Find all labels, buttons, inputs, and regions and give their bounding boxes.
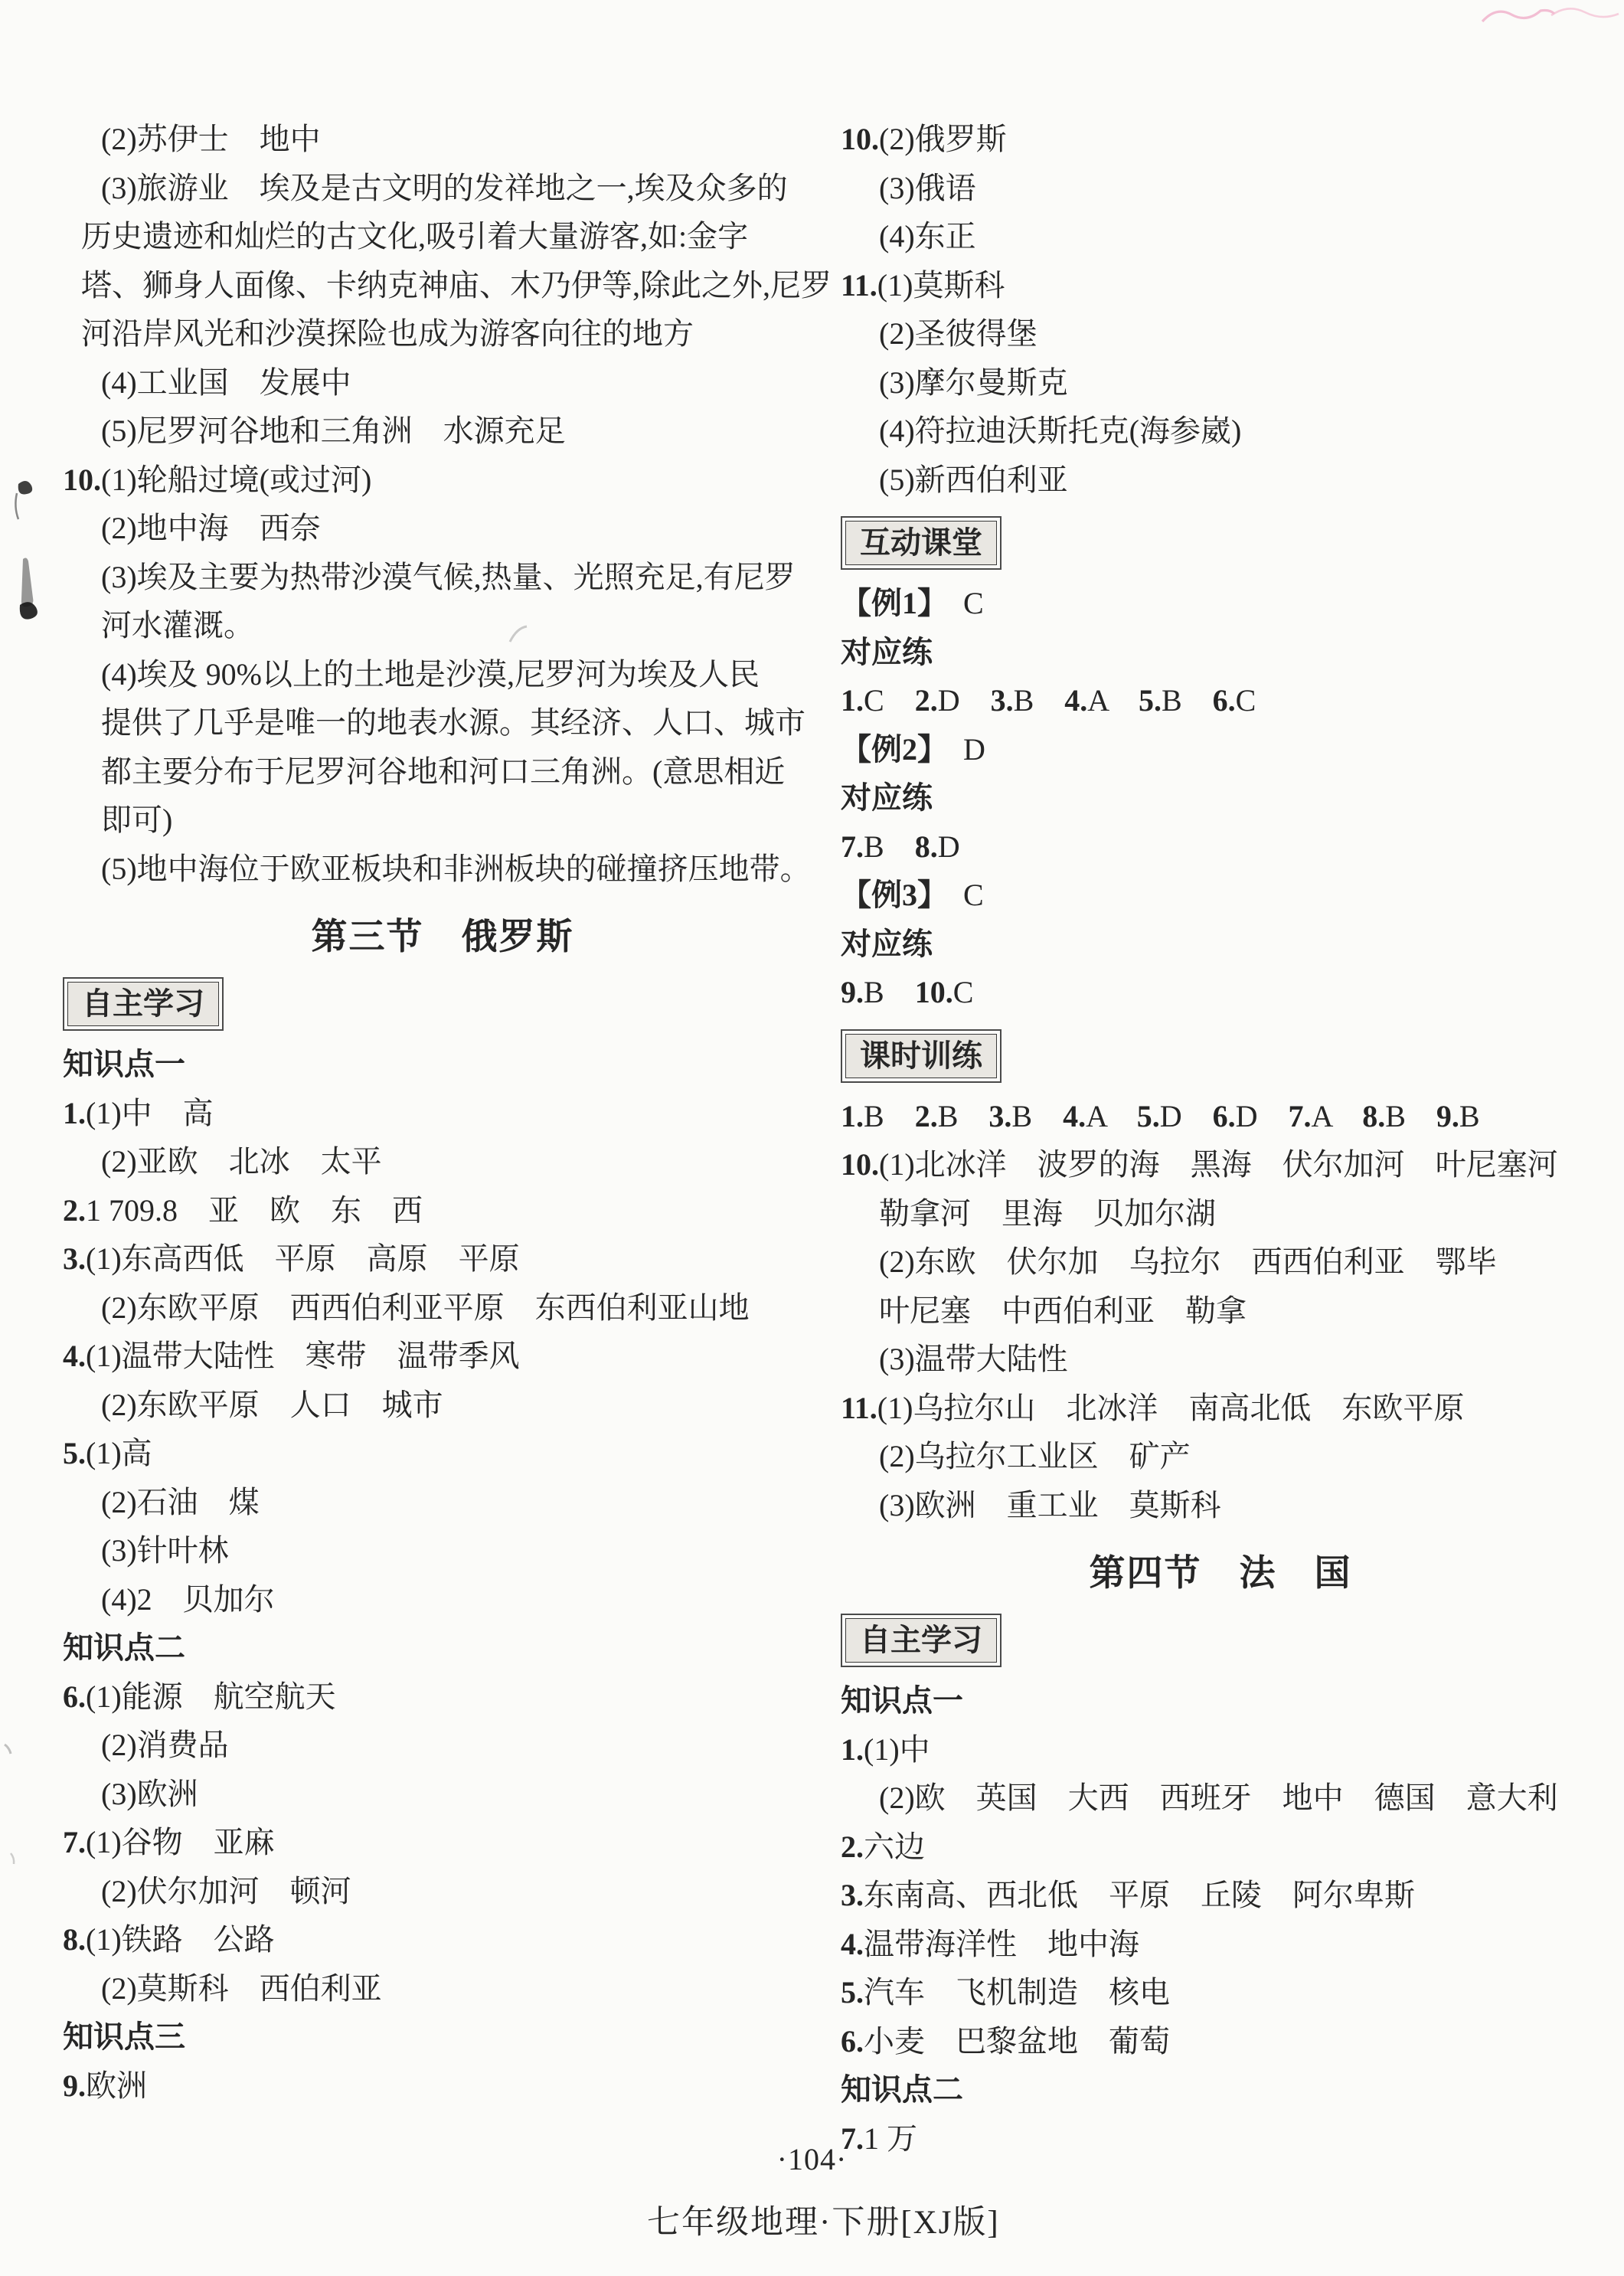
answer-text: 勒拿河 里海 贝加尔湖 xyxy=(879,1196,1216,1231)
answer-item-number: 10. xyxy=(841,122,879,156)
answer-item-number: 11. xyxy=(841,1391,877,1425)
answer-text: A xyxy=(1086,1099,1137,1133)
knowledge-point-heading: 知识点二 xyxy=(841,2065,1600,2114)
answer-text: (2)地中海 西奈 xyxy=(101,511,321,545)
knowledge-point-heading: 对应练 xyxy=(841,773,1600,822)
answer-text: (1)能源 航空航天 xyxy=(86,1679,336,1714)
answer-text: D xyxy=(938,829,960,864)
answer-item-number: 7. xyxy=(841,829,864,864)
answer-line: 1.C 2.D 3.B 4.A 5.B 6.C xyxy=(841,676,1600,725)
answer-text: (2)俄罗斯 xyxy=(879,122,1007,156)
answer-item-number: 5. xyxy=(841,1975,864,2009)
answer-line: 5.(1)高 xyxy=(63,1429,822,1478)
answer-text: (2)伏尔加河 顿河 xyxy=(101,1874,351,1908)
answer-item-number: 【例1】 xyxy=(841,586,933,620)
answer-text: A xyxy=(1312,1099,1363,1133)
answer-text: (3)欧洲 xyxy=(101,1777,198,1811)
answer-text: (2)莫斯科 西伯利亚 xyxy=(101,1971,382,2006)
answer-item-number: 10. xyxy=(915,975,953,1009)
answer-line: 1.B 2.B 3.B 4.A 5.D 6.D 7.A 8.B 9.B xyxy=(841,1092,1600,1141)
answer-text: (5)新西伯利亚 xyxy=(879,463,1068,497)
answer-text: (3)旅游业 埃及是古文明的发祥地之一,埃及众多的 xyxy=(101,171,788,205)
answer-item-number: 3. xyxy=(991,683,1014,718)
answer-line: (2)消费品 xyxy=(63,1721,822,1770)
answer-text: (1)高 xyxy=(86,1436,152,1470)
answer-line: 1.(1)中 高 xyxy=(63,1089,822,1138)
answer-text: 小麦 巴黎盆地 葡萄 xyxy=(864,2024,1170,2059)
answer-text: (1)轮船过境(或过河) xyxy=(101,463,371,497)
answer-line: 1.(1)中 xyxy=(841,1725,1600,1774)
answer-text: 欧洲 xyxy=(86,2068,147,2103)
answer-text: (2)乌拉尔工业区 矿产 xyxy=(879,1439,1191,1473)
section-title: 第三节 俄罗斯 xyxy=(63,913,822,962)
answer-text: (3)埃及主要为热带沙漠气候,热量、光照充足,有尼罗 xyxy=(101,560,796,594)
answer-line: (2)苏伊士 地中 xyxy=(63,115,822,164)
answer-item-number: 2. xyxy=(841,1830,864,1864)
answer-line: 4.温带海洋性 地中海 xyxy=(841,1920,1600,1969)
answer-line: 9.B 10.C xyxy=(841,968,1600,1017)
answer-line: 都主要分布于尼罗河谷地和河口三角洲。(意思相近 xyxy=(63,747,822,796)
answer-text: B xyxy=(1014,683,1065,718)
answer-line: 7.B 8.D xyxy=(841,822,1600,871)
answer-text: (2)东欧 伏尔加 乌拉尔 西西伯利亚 鄂毕 xyxy=(879,1244,1497,1279)
answer-line: 叶尼塞 中西伯利亚 勒拿 xyxy=(841,1287,1600,1336)
answer-line: (4)埃及 90%以上的土地是沙漠,尼罗河为埃及人民 xyxy=(63,650,822,699)
answer-text: (1)温带大陆性 寒带 温带季风 xyxy=(86,1339,520,1373)
answer-line: 提供了几乎是唯一的地表水源。其经济、人口、城市 xyxy=(63,698,822,747)
answer-text: B xyxy=(864,1099,915,1133)
answer-item-number: 1. xyxy=(841,1099,864,1133)
answer-line: 3.东南高、西北低 平原 丘陵 阿尔卑斯 xyxy=(841,1871,1600,1920)
knowledge-point-heading: 知识点二 xyxy=(63,1624,822,1673)
knowledge-point-heading: 知识点一 xyxy=(841,1676,1600,1725)
answer-text: 河水灌溉。 xyxy=(101,608,254,643)
answer-line: 【例2】 D xyxy=(841,725,1600,774)
answer-text: (2)石油 煤 xyxy=(101,1485,260,1519)
answer-text: B xyxy=(864,829,915,864)
answer-line: 【例1】 C xyxy=(841,579,1600,628)
answer-line: (4)2 贝加尔 xyxy=(63,1575,822,1624)
answer-text: C xyxy=(1236,683,1256,718)
answer-item-number: 3. xyxy=(63,1241,86,1276)
answer-line: 4.(1)温带大陆性 寒带 温带季风 xyxy=(63,1332,822,1381)
answer-line: (2)圣彼得堡 xyxy=(841,309,1600,358)
answer-line: (2)伏尔加河 顿河 xyxy=(63,1867,822,1916)
answer-item-number: 8. xyxy=(915,829,938,864)
answer-line: (2)地中海 西奈 xyxy=(63,504,822,553)
answer-text: (2)消费品 xyxy=(101,1728,229,1762)
module-label-row: 自主学习 xyxy=(63,977,822,1028)
answer-line: (5)尼罗河谷地和三角洲 水源充足 xyxy=(63,407,822,456)
answer-item-number: 5. xyxy=(1137,1099,1160,1133)
footer-book-info: 七年级地理·下册[XJ版] xyxy=(647,2196,1000,2243)
answer-item-number: 7. xyxy=(1289,1099,1312,1133)
answer-item-number: 【例2】 xyxy=(841,732,933,767)
answer-item-number: 6. xyxy=(841,2024,864,2059)
answer-line: 勒拿河 里海 贝加尔湖 xyxy=(841,1189,1600,1238)
answer-item-number: 6. xyxy=(1213,1099,1236,1133)
answer-line: (3)温带大陆性 xyxy=(841,1335,1600,1384)
answer-item-number: 1. xyxy=(841,1732,864,1767)
answer-line: 10.(2)俄罗斯 xyxy=(841,115,1600,164)
answer-line: 6.(1)能源 航空航天 xyxy=(63,1673,822,1722)
answer-item-number: 4. xyxy=(1064,683,1087,718)
answer-text: C xyxy=(933,878,984,912)
answer-item-number: 8. xyxy=(63,1922,86,1957)
answer-item-number: 1. xyxy=(63,1096,86,1130)
answer-text: (1)中 xyxy=(864,1732,930,1767)
answer-line: (3)旅游业 埃及是古文明的发祥地之一,埃及众多的 xyxy=(63,164,822,213)
answer-line: (4)东正 xyxy=(841,212,1600,261)
answer-line: 7.(1)谷物 亚麻 xyxy=(63,1818,822,1867)
scanned-workbook-page: { "document": { "kind": "workbook answer… xyxy=(0,0,1624,2276)
answer-line: 11.(1)莫斯科 xyxy=(841,261,1600,310)
answer-text: (3)温带大陆性 xyxy=(879,1342,1068,1376)
answer-item-number: 9. xyxy=(841,975,864,1009)
answer-text: (2)圣彼得堡 xyxy=(879,316,1037,351)
answer-line: 历史遗迹和灿烂的古文化,吸引着大量游客,如:金字 xyxy=(63,212,822,261)
answer-text: 塔、狮身人面像、卡纳克神庙、木乃伊等,除此之外,尼罗 xyxy=(81,268,832,302)
answer-text: 1 709.8 亚 欧 东 西 xyxy=(86,1193,423,1228)
answer-item-number: 3. xyxy=(988,1099,1011,1133)
answer-line: (2)乌拉尔工业区 矿产 xyxy=(841,1432,1600,1481)
answer-line: 河沿岸风光和沙漠探险也成为游客向往的地方 xyxy=(63,309,822,358)
module-label-row: 自主学习 xyxy=(841,1614,1600,1664)
answer-text: (2)亚欧 北冰 太平 xyxy=(101,1144,382,1179)
answer-line: (3)埃及主要为热带沙漠气候,热量、光照充足,有尼罗 xyxy=(63,553,822,602)
answer-item-number: 【例3】 xyxy=(841,878,933,912)
answer-text: (1)莫斯科 xyxy=(877,268,1005,302)
answer-text: B xyxy=(1459,1099,1480,1133)
answer-line: 河水灌溉。 xyxy=(63,601,822,650)
answer-text: (4)2 贝加尔 xyxy=(101,1582,275,1617)
answer-item-number: 4. xyxy=(1063,1099,1086,1133)
answer-line: (2)东欧 伏尔加 乌拉尔 西西伯利亚 鄂毕 xyxy=(841,1238,1600,1287)
answer-text: D xyxy=(1160,1099,1213,1133)
answer-text: (1)北冰洋 波罗的海 黑海 伏尔加河 叶尼塞河 xyxy=(879,1147,1558,1182)
answer-line: 9.欧洲 xyxy=(63,2062,822,2111)
answer-item-number: 6. xyxy=(1213,683,1236,718)
right-answer-column: 10.(2)俄罗斯(3)俄语(4)东正11.(1)莫斯科(2)圣彼得堡(3)摩尔… xyxy=(841,115,1600,2163)
knowledge-point-heading: 知识点三 xyxy=(63,2013,822,2062)
answer-item-number: 2. xyxy=(915,1099,938,1133)
answer-line: (2)石油 煤 xyxy=(63,1478,822,1527)
answer-text: (4)符拉迪沃斯托克(海参崴) xyxy=(879,414,1241,448)
module-label-row: 课时训练 xyxy=(841,1029,1600,1080)
answer-line: 8.(1)铁路 公路 xyxy=(63,1915,822,1964)
answer-line: (2)欧 英国 大西 西班牙 地中 德国 意大利 xyxy=(841,1774,1600,1823)
module-label-box: 自主学习 xyxy=(67,982,219,1026)
answer-line: (3)欧洲 xyxy=(63,1770,822,1819)
answer-line: (2)东欧平原 西西伯利亚平原 东西伯利亚山地 xyxy=(63,1284,822,1333)
answer-item-number: 6. xyxy=(63,1679,86,1714)
answer-text: (3)欧洲 重工业 莫斯科 xyxy=(879,1488,1221,1522)
pink-pen-scribble-artifact xyxy=(1478,0,1624,34)
ink-smudge-artifact xyxy=(5,476,47,629)
answer-text: (4)埃及 90%以上的土地是沙漠,尼罗河为埃及人民 xyxy=(101,657,760,692)
answer-item-number: 1. xyxy=(841,683,864,718)
answer-text: B xyxy=(1011,1099,1063,1133)
answer-text: 都主要分布于尼罗河谷地和河口三角洲。(意思相近 xyxy=(101,754,785,789)
answer-line: (4)符拉迪沃斯托克(海参崴) xyxy=(841,407,1600,456)
answer-line: (2)东欧平原 人口 城市 xyxy=(63,1381,822,1430)
knowledge-point-heading: 知识点一 xyxy=(63,1040,822,1089)
answer-text: B xyxy=(1162,683,1213,718)
answer-line: (5)新西伯利亚 xyxy=(841,456,1600,505)
answer-text: 温带海洋性 地中海 xyxy=(864,1927,1139,1961)
answer-text: (1)乌拉尔山 北冰洋 南高北低 东欧平原 xyxy=(877,1391,1465,1425)
module-label-box: 自主学习 xyxy=(845,1618,997,1663)
answer-text: 东南高、西北低 平原 丘陵 阿尔卑斯 xyxy=(864,1878,1415,1912)
answer-text: (2)苏伊士 地中 xyxy=(101,122,321,156)
answer-item-number: 10. xyxy=(63,463,101,497)
answer-text: (4)东正 xyxy=(879,219,976,253)
answer-line: 5.汽车 飞机制造 核电 xyxy=(841,1968,1600,2017)
answer-text: (3)俄语 xyxy=(879,171,976,205)
answer-text: B xyxy=(938,1099,989,1133)
answer-item-number: 5. xyxy=(63,1436,86,1470)
answer-text: (5)尼罗河谷地和三角洲 水源充足 xyxy=(101,414,566,448)
edge-specks-artifact xyxy=(0,1738,31,1876)
answer-text: D xyxy=(938,683,991,718)
section-title: 第四节 法 国 xyxy=(841,1549,1600,1598)
answer-line: 6.小麦 巴黎盆地 葡萄 xyxy=(841,2017,1600,2066)
answer-text: C xyxy=(864,683,915,718)
answer-text: (2)东欧平原 西西伯利亚平原 东西伯利亚山地 xyxy=(101,1290,750,1325)
answer-text: 即可) xyxy=(101,803,172,837)
answer-item-number: 7. xyxy=(63,1825,86,1859)
answer-text: (5)地中海位于欧亚板块和非洲板块的碰撞挤压地带。 xyxy=(101,852,811,886)
answer-line: 3.(1)东高西低 平原 高原 平原 xyxy=(63,1234,822,1284)
answer-text: C xyxy=(933,586,984,620)
answer-item-number: 5. xyxy=(1139,683,1162,718)
answer-text: C xyxy=(953,975,974,1009)
module-label-box: 互动课堂 xyxy=(845,521,997,565)
answer-item-number: 4. xyxy=(63,1339,86,1373)
answer-text: (3)针叶林 xyxy=(101,1533,229,1568)
answer-line: 10.(1)轮船过境(或过河) xyxy=(63,456,822,505)
answer-text: 河沿岸风光和沙漠探险也成为游客向往的地方 xyxy=(81,316,694,351)
answer-text: 叶尼塞 中西伯利亚 勒拿 xyxy=(879,1293,1247,1328)
footer-page-number: ·104· xyxy=(0,2141,1624,2177)
answer-item-number: 11. xyxy=(841,268,877,302)
answer-item-number: 2. xyxy=(915,683,938,718)
answer-item-number: 3. xyxy=(841,1878,864,1912)
answer-text: 提供了几乎是唯一的地表水源。其经济、人口、城市 xyxy=(101,705,805,740)
answer-line: (3)摩尔曼斯克 xyxy=(841,358,1600,407)
answer-text: (1)东高西低 平原 高原 平原 xyxy=(86,1241,520,1276)
answer-text: (3)摩尔曼斯克 xyxy=(879,365,1068,400)
answer-item-number: 9. xyxy=(63,2068,86,2103)
answer-line: (3)针叶林 xyxy=(63,1526,822,1575)
answer-line: (3)俄语 xyxy=(841,164,1600,213)
answer-line: 2.六边 xyxy=(841,1823,1600,1872)
answer-line: (2)莫斯科 西伯利亚 xyxy=(63,1964,822,2013)
answer-text: (1)中 高 xyxy=(86,1096,214,1130)
answer-text: B xyxy=(1385,1099,1436,1133)
answer-line: 【例3】 C xyxy=(841,871,1600,920)
answer-text: A xyxy=(1087,683,1139,718)
answer-text: (4)工业国 发展中 xyxy=(101,365,351,400)
answer-item-number: 8. xyxy=(1362,1099,1385,1133)
answer-line: (2)亚欧 北冰 太平 xyxy=(63,1137,822,1186)
left-answer-column: (2)苏伊士 地中(3)旅游业 埃及是古文明的发祥地之一,埃及众多的历史遗迹和灿… xyxy=(63,115,822,2110)
answer-line: 2.1 709.8 亚 欧 东 西 xyxy=(63,1186,822,1235)
answer-text: B xyxy=(864,975,915,1009)
answer-line: 即可) xyxy=(63,796,822,845)
answer-line: 塔、狮身人面像、卡纳克神庙、木乃伊等,除此之外,尼罗 xyxy=(63,261,822,310)
module-label-row: 互动课堂 xyxy=(841,516,1600,567)
knowledge-point-heading: 对应练 xyxy=(841,920,1600,969)
answer-item-number: 2. xyxy=(63,1193,86,1228)
answer-line: (3)欧洲 重工业 莫斯科 xyxy=(841,1481,1600,1530)
answer-text: D xyxy=(933,732,985,767)
answer-text: D xyxy=(1236,1099,1289,1133)
answer-item-number: 4. xyxy=(841,1927,864,1961)
answer-text: (2)东欧平原 人口 城市 xyxy=(101,1388,443,1422)
answer-text: (2)欧 英国 大西 西班牙 地中 德国 意大利 xyxy=(879,1781,1558,1815)
answer-text: (1)铁路 公路 xyxy=(86,1922,275,1957)
answer-line: 10.(1)北冰洋 波罗的海 黑海 伏尔加河 叶尼塞河 xyxy=(841,1140,1600,1189)
answer-item-number: 9. xyxy=(1436,1099,1459,1133)
module-label-box: 课时训练 xyxy=(845,1034,997,1078)
answer-line: (5)地中海位于欧亚板块和非洲板块的碰撞挤压地带。 xyxy=(63,845,822,894)
answer-line: 11.(1)乌拉尔山 北冰洋 南高北低 东欧平原 xyxy=(841,1384,1600,1433)
knowledge-point-heading: 对应练 xyxy=(841,628,1600,677)
answer-item-number: 10. xyxy=(841,1147,879,1182)
answer-text: (1)谷物 亚麻 xyxy=(86,1825,275,1859)
answer-text: 汽车 飞机制造 核电 xyxy=(864,1975,1170,2009)
answer-text: 六边 xyxy=(864,1830,925,1864)
answer-line: (4)工业国 发展中 xyxy=(63,358,822,407)
answer-text: 历史遗迹和灿烂的古文化,吸引着大量游客,如:金字 xyxy=(81,219,748,253)
